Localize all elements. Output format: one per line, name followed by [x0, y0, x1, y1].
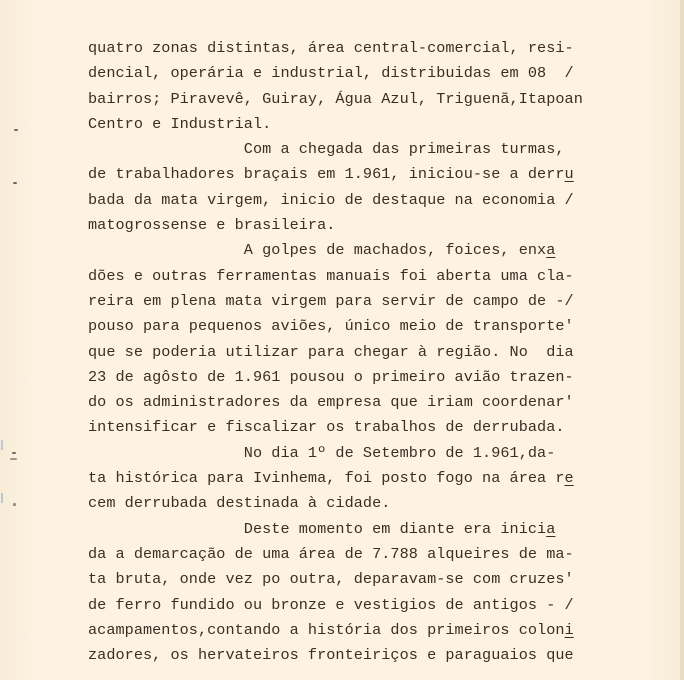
text-line: Com a chegada das primeiras turmas,: [88, 137, 648, 162]
text-line: da a demarcação de uma área de 7.788 alq…: [88, 542, 648, 567]
text-line: ta histórica para Ivinhema, foi posto fo…: [88, 466, 648, 491]
underlined-syllable: a: [546, 241, 555, 259]
margin-mark: [13, 182, 17, 184]
page-edge: [680, 0, 684, 680]
text-line: pouso para pequenos aviões, único meio d…: [88, 314, 648, 339]
text-line: bada da mata virgem, inicio de destaque …: [88, 188, 648, 213]
scan-artifact: [1, 493, 3, 503]
text-line-body: A golpes de machados, foices, enx: [88, 241, 546, 259]
text-line: Centro e Industrial.: [88, 112, 648, 137]
text-line-body: Deste momento em diante era inici: [88, 520, 546, 538]
text-line: dões e outras ferramentas manuais foi ab…: [88, 264, 648, 289]
text-line: do os administradores da empresa que iri…: [88, 390, 648, 415]
scan-artifact: [1, 440, 3, 450]
text-line-body: de trabalhadores braçais em 1.961, inici…: [88, 165, 565, 183]
text-line: reira em plena mata virgem para servir d…: [88, 289, 648, 314]
text-line: de ferro fundido ou bronze e vestigios d…: [88, 593, 648, 618]
text-line: que se poderia utilizar para chegar à re…: [88, 340, 648, 365]
text-line: A golpes de machados, foices, enxa: [88, 238, 648, 263]
text-line: acampamentos,contando a história dos pri…: [88, 618, 648, 643]
text-line: de trabalhadores braçais em 1.961, inici…: [88, 162, 648, 187]
text-line: matogrossense e brasileira.: [88, 213, 648, 238]
text-line: No dia 1º de Setembro de 1.961,da-: [88, 441, 648, 466]
text-line: ta bruta, onde vez po outra, deparavam-s…: [88, 567, 648, 592]
underlined-syllable: e: [565, 469, 574, 487]
text-line: dencial, operária e industrial, distribu…: [88, 61, 648, 86]
text-line-body: ta histórica para Ivinhema, foi posto fo…: [88, 469, 565, 487]
underlined-syllable: i: [565, 621, 574, 639]
text-line: bairros; Piravevê, Guiray, Água Azul, Tr…: [88, 87, 648, 112]
text-line: intensificar e fiscalizar os trabalhos d…: [88, 415, 648, 440]
typed-page: quatro zonas distintas, área central-com…: [0, 0, 684, 680]
margin-mark: [10, 458, 17, 460]
text-line: 23 de agôsto de 1.961 pousou o primeiro …: [88, 365, 648, 390]
text-line-body: acampamentos,contando a história dos pri…: [88, 621, 565, 639]
underlined-syllable: u: [565, 165, 574, 183]
text-line: zadores, os hervateiros fronteiriços e p…: [88, 643, 648, 668]
margin-mark: [13, 503, 16, 506]
margin-mark: [14, 129, 18, 131]
margin-mark: [12, 452, 16, 454]
typewritten-text: quatro zonas distintas, área central-com…: [88, 36, 648, 668]
underlined-syllable: a: [546, 520, 555, 538]
text-line: cem derrubada destinada à cidade.: [88, 491, 648, 516]
text-line: quatro zonas distintas, área central-com…: [88, 36, 648, 61]
text-line: Deste momento em diante era inicia: [88, 517, 648, 542]
